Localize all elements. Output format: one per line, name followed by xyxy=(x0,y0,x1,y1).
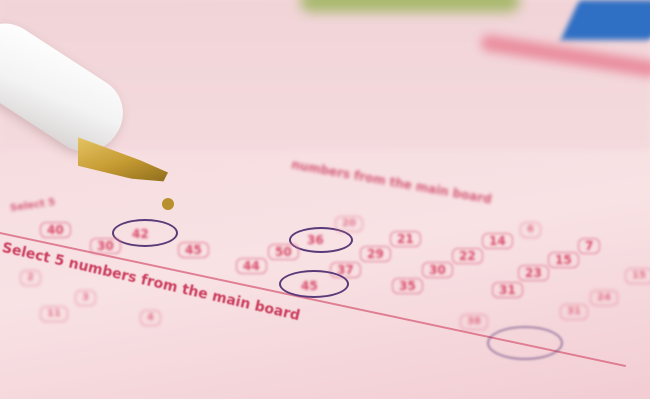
number-cell[interactable]: 2 xyxy=(20,270,41,286)
number-cell[interactable]: 14 xyxy=(482,233,513,249)
number-cell[interactable]: 4 xyxy=(140,310,161,326)
number-cell[interactable]: 15 xyxy=(548,252,579,268)
number-cell[interactable]: 11 xyxy=(40,306,68,322)
pen-circle-mark xyxy=(487,326,563,360)
pen-ball xyxy=(162,198,174,210)
pen-circle-mark xyxy=(279,270,349,298)
number-cell[interactable]: 15 xyxy=(625,268,650,284)
number-cell[interactable]: 31 xyxy=(560,304,588,320)
number-cell[interactable]: 45 xyxy=(178,242,209,258)
background-green-object xyxy=(300,0,520,12)
pen-circle-mark xyxy=(112,219,178,247)
number-cell[interactable]: 22 xyxy=(452,248,483,264)
number-cell[interactable]: 38 xyxy=(460,314,488,330)
number-cell[interactable]: 20 xyxy=(335,216,363,232)
number-cell[interactable]: 24 xyxy=(590,290,618,306)
number-cell[interactable]: 40 xyxy=(40,222,71,238)
number-cell[interactable]: 29 xyxy=(360,246,391,262)
number-cell[interactable]: 21 xyxy=(390,231,421,247)
number-cell[interactable]: 44 xyxy=(236,258,267,274)
number-cell[interactable]: 23 xyxy=(518,265,549,281)
number-cell[interactable]: 50 xyxy=(268,244,299,260)
number-cell[interactable]: 30 xyxy=(422,262,453,278)
number-cell[interactable]: 3 xyxy=(75,290,96,306)
number-cell[interactable]: 35 xyxy=(392,278,423,294)
partial-top-label: Select 5 xyxy=(9,197,55,214)
main-board-label: numbers from the main board xyxy=(290,157,492,206)
number-cell[interactable]: 31 xyxy=(492,282,523,298)
number-cell[interactable]: 6 xyxy=(520,222,541,238)
number-cell[interactable]: 30 xyxy=(90,238,121,254)
number-cell[interactable]: 7 xyxy=(578,238,600,254)
